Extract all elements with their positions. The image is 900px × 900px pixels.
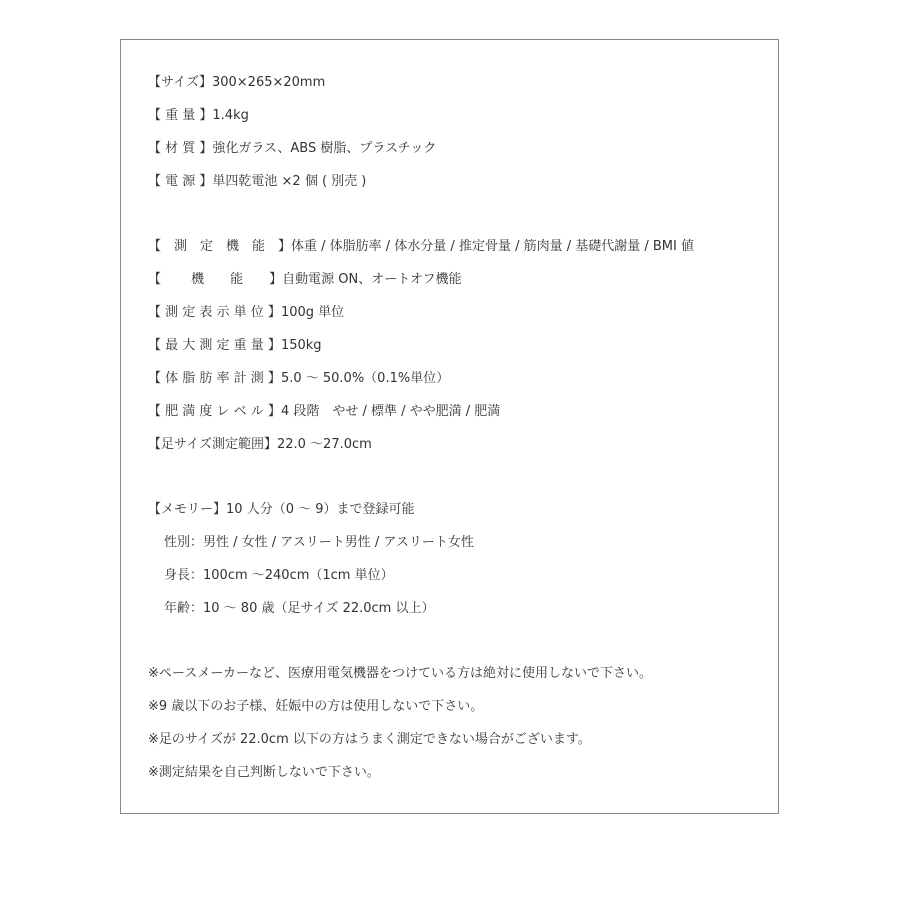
spec-row-body-fat: 【 体 脂 肪 率 計 測 】5.0 ～ 50.0%（0.1%単位） [148,371,449,387]
spec-row-power: 【 電 源 】単四乾電池 ×2 個 ( 別売 ) [148,174,366,190]
spec-label: 【 肥 満 度 レ ベ ル 】 [148,404,281,419]
spec-value: 体重 / 体脂肪率 / 体水分量 / 推定骨量 / 筋肉量 / 基礎代謝量 / … [291,239,694,254]
spec-value: 1.4kg [212,108,248,123]
spec-label: 【足サイズ測定範囲】 [148,437,277,452]
spec-row-obesity-level: 【 肥 満 度 レ ベ ル 】4 段階 やせ / 標準 / やや肥満 / 肥満 [148,404,500,420]
spec-row-functions: 【 機 能 】自動電源 ON、オートオフ機能 [148,272,461,288]
spec-value: 22.0 ～27.0cm [277,437,372,452]
spec-value: 10 人分（0 ～ 9）まで登録可能 [226,502,414,517]
spec-row-measurement-functions: 【 測 定 機 能 】体重 / 体脂肪率 / 体水分量 / 推定骨量 / 筋肉量… [148,239,694,255]
spec-label: 【 機 能 】 [148,272,282,287]
spec-row-memory: 【メモリー】10 人分（0 ～ 9）まで登録可能 [148,502,415,518]
spec-box: 【サイズ】300×265×20mm 【 重 量 】1.4kg 【 材 質 】強化… [120,39,779,814]
spec-value: 4 段階 やせ / 標準 / やや肥満 / 肥満 [281,404,500,419]
note-pacemaker: ※ペースメーカーなど、医療用電気機器をつけている方は絶対に使用しないで下さい。 [148,666,652,682]
spec-value: 強化ガラス、ABS 樹脂、プラスチック [212,141,436,156]
spec-label: 【 重 量 】 [148,108,212,123]
spec-label: 【 材 質 】 [148,141,212,156]
spec-row-material: 【 材 質 】強化ガラス、ABS 樹脂、プラスチック [148,141,436,157]
spec-label: 【 測 定 機 能 】 [148,239,291,254]
note-children-pregnancy: ※9 歳以下のお子様、妊娠中の方は使用しないで下さい。 [148,699,483,715]
spec-value: 5.0 ～ 50.0%（0.1%単位） [281,371,449,386]
spec-row-foot-size: 【足サイズ測定範囲】22.0 ～27.0cm [148,437,372,453]
memory-detail-gender: 性別：男性 / 女性 / アスリート男性 / アスリート女性 [164,535,474,551]
spec-label: 【 測 定 表 示 単 位 】 [148,305,281,320]
note-self-judgment: ※測定結果を自己判断しないで下さい。 [148,765,380,781]
spec-value: 100g 単位 [281,305,344,320]
spec-label: 【メモリー】 [148,502,226,517]
spec-row-size: 【サイズ】300×265×20mm [148,75,325,91]
spec-value: 150kg [281,338,322,353]
spec-row-max-weight: 【 最 大 測 定 重 量 】150kg [148,338,322,354]
note-foot-size: ※足のサイズが 22.0cm 以下の方はうまく測定できない場合がございます。 [148,732,591,748]
spec-row-weight: 【 重 量 】1.4kg [148,108,249,124]
memory-detail-age: 年齢：10 ～ 80 歳（足サイズ 22.0cm 以上） [164,601,434,617]
spec-row-display-unit: 【 測 定 表 示 単 位 】100g 単位 [148,305,344,321]
spec-label: 【 体 脂 肪 率 計 測 】 [148,371,281,386]
memory-detail-height: 身長：100cm ～240cm（1cm 単位） [164,568,394,584]
spec-label: 【サイズ】 [148,75,212,90]
spec-value: 300×265×20mm [212,75,325,90]
spec-label: 【 電 源 】 [148,174,212,189]
spec-value: 自動電源 ON、オートオフ機能 [282,272,461,287]
spec-value: 単四乾電池 ×2 個 ( 別売 ) [212,174,366,189]
spec-label: 【 最 大 測 定 重 量 】 [148,338,281,353]
